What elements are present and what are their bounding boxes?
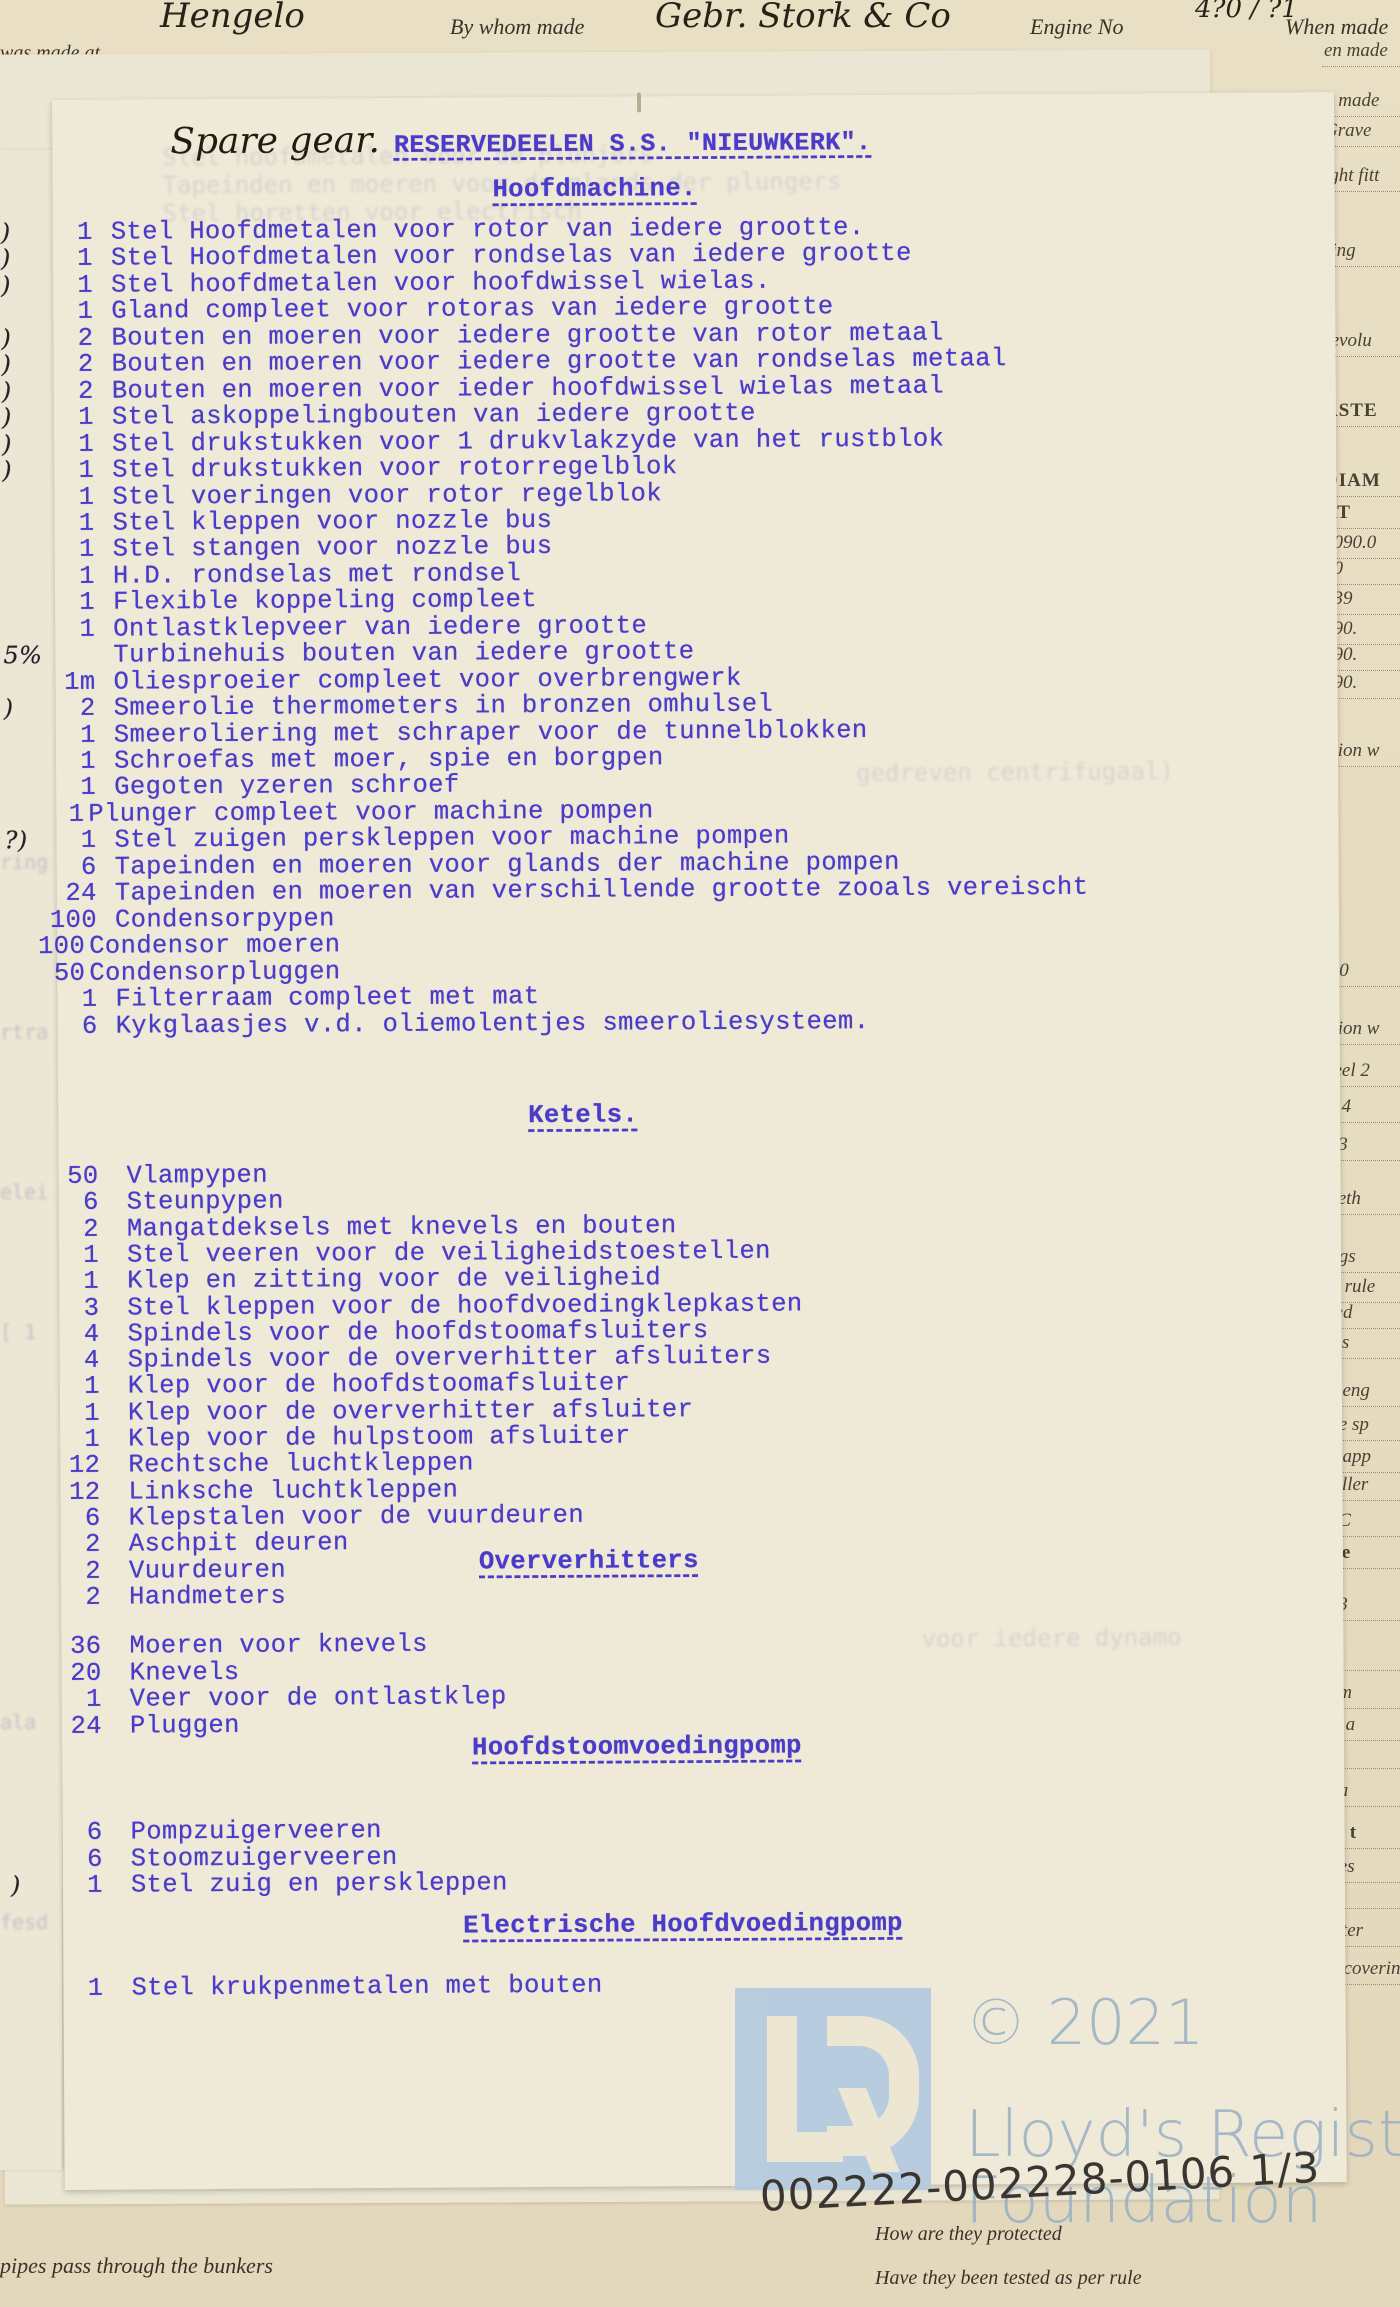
handwritten-margin-mark: )	[2, 351, 12, 379]
item-quantity: 1	[23, 218, 93, 247]
handwritten-margin-mark: )	[1, 218, 11, 246]
item-description: Pluggen	[130, 1710, 240, 1740]
item-quantity: 1	[25, 562, 95, 591]
form-fragment: en made	[1324, 40, 1388, 62]
item-quantity: 2	[24, 350, 94, 379]
item-quantity: 1	[23, 297, 93, 326]
item-quantity: 36	[31, 1632, 101, 1661]
item-quantity: 1m	[25, 667, 95, 696]
handwritten-margin-mark: ?)	[4, 827, 27, 855]
item-description: Vlampypen	[126, 1161, 268, 1191]
item-quantity: 1	[33, 1974, 103, 2003]
item-quantity: 1	[32, 1685, 102, 1714]
item-quantity: 2	[31, 1530, 101, 1559]
handwritten-margin-mark: )	[2, 403, 12, 431]
item-quantity: 2	[23, 324, 93, 353]
item-quantity: 1	[26, 826, 96, 855]
item-quantity: 3	[29, 1293, 99, 1322]
item-description: Klepstalen voor de vuurdeuren	[129, 1501, 585, 1533]
item-quantity: 1	[25, 535, 95, 564]
item-quantity: 2	[31, 1583, 101, 1612]
handwritten-margin-mark: )	[2, 430, 12, 458]
item-quantity: 24	[32, 1711, 102, 1740]
item-quantity: 6	[32, 1818, 102, 1847]
section-heading: Hoofdstoomvoedingpomp	[472, 1731, 802, 1762]
item-quantity: 1	[33, 1871, 103, 1900]
section-heading: Oververhitters	[479, 1546, 699, 1576]
item-quantity: 1	[30, 1372, 100, 1401]
handwritten-margin-mark: )	[11, 1871, 21, 1899]
item-quantity: 6	[29, 1188, 99, 1217]
item-quantity: 1	[14, 800, 84, 829]
item-description: Stel zuig en perskleppen	[131, 1868, 508, 1899]
item-quantity: 2	[24, 376, 94, 405]
item-quantity: 1	[23, 271, 93, 300]
item-quantity: 1	[25, 614, 95, 643]
item-quantity: 12	[30, 1451, 100, 1480]
form-label-when-made: When made	[1285, 14, 1388, 40]
item-quantity: 2	[31, 1556, 101, 1585]
item-quantity: 4	[30, 1346, 100, 1375]
form-bottom-label: pipes pass through the bunkers	[0, 2253, 273, 2279]
item-description: Aschpit deuren	[129, 1528, 349, 1558]
item-quantity: 1	[26, 773, 96, 802]
item-description: Kykglaasjes v.d. oliemolentjes smeerolie…	[116, 1007, 870, 1041]
item-quantity: 6	[33, 1844, 103, 1873]
item-quantity: 1	[26, 720, 96, 749]
item-description: Handmeters	[129, 1581, 286, 1611]
handwritten-margin-mark: )	[1, 271, 11, 299]
item-quantity: 2	[29, 1214, 99, 1243]
section-heading: Ketels.	[528, 1100, 638, 1130]
item-quantity: 1	[27, 985, 97, 1014]
document-title: RESERVEDEELEN S.S. "NIEUWKERK".	[394, 128, 872, 160]
item-quantity: 100	[15, 932, 85, 961]
document-title-row: Spare gear. RESERVEDEELEN S.S. "NIEUWKER…	[170, 117, 871, 162]
form-bottom-label: Have they been tested as per rule	[875, 2267, 1142, 2290]
item-description: Tapeinden en moeren van verschillende gr…	[115, 873, 1089, 908]
item-quantity: 1	[24, 456, 94, 485]
item-quantity: 50	[15, 958, 85, 987]
item-quantity: 6	[28, 1011, 98, 1040]
handwritten-margin-mark: )	[1, 324, 11, 352]
item-quantity: 1	[24, 509, 94, 538]
item-quantity: 12	[30, 1477, 100, 1506]
spare-gear-list-sheet: Stel hoofdmetalen voor de plunjers Tapei…	[52, 92, 1347, 2190]
item-quantity: 6	[31, 1504, 101, 1533]
watermark-copyright: © 2021	[965, 1986, 1205, 2059]
handwritten-margin-mark: )	[2, 456, 12, 484]
item-description: Stel krukpenmetalen met bouten	[131, 1971, 602, 2003]
item-quantity: 1	[24, 403, 94, 432]
item-quantity: 50	[28, 1162, 98, 1191]
item-quantity: 1	[23, 244, 93, 273]
form-value-engine-no: 4?0 / ?1	[1195, 0, 1298, 24]
handwritten-margin-mark: )	[2, 377, 12, 405]
form-dotted-line	[1322, 66, 1400, 67]
item-quantity: 1	[29, 1267, 99, 1296]
item-quantity: 1	[26, 747, 96, 776]
item-quantity: 1	[30, 1398, 100, 1427]
item-description: Veer voor de ontlastklep	[130, 1682, 507, 1713]
form-value-place: Hengelo	[160, 0, 305, 36]
handwritten-annotation: Spare gear.	[170, 120, 380, 162]
item-description: Knevels	[130, 1657, 240, 1687]
item-quantity: 1	[24, 429, 94, 458]
form-label-engine-no: Engine No	[1030, 14, 1124, 40]
item-quantity: 6	[27, 853, 97, 882]
staple-mark	[637, 92, 641, 112]
form-value-maker: Gebr. Stork & Co	[655, 0, 951, 36]
handwritten-margin-mark: 5%	[3, 641, 42, 669]
form-label-by-whom: By whom made	[450, 14, 584, 40]
item-quantity: 4	[29, 1320, 99, 1349]
item-quantity: 2	[26, 694, 96, 723]
item-quantity: 1	[30, 1425, 100, 1454]
item-quantity: 1	[29, 1241, 99, 1270]
item-quantity: 1	[24, 482, 94, 511]
handwritten-margin-mark: )	[4, 694, 14, 722]
item-description: Moeren voor knevels	[129, 1630, 428, 1661]
item-quantity: 1	[25, 588, 95, 617]
handwritten-margin-mark: )	[1, 245, 11, 273]
lr-logo-icon	[735, 1988, 931, 2190]
item-quantity: 20	[32, 1658, 102, 1687]
section-heading: Electrische Hoofdvoedingpomp	[463, 1909, 903, 1941]
item-quantity: 100	[27, 905, 97, 934]
section-heading: Hoofdmachine.	[492, 174, 696, 204]
item-quantity: 24	[27, 879, 97, 908]
